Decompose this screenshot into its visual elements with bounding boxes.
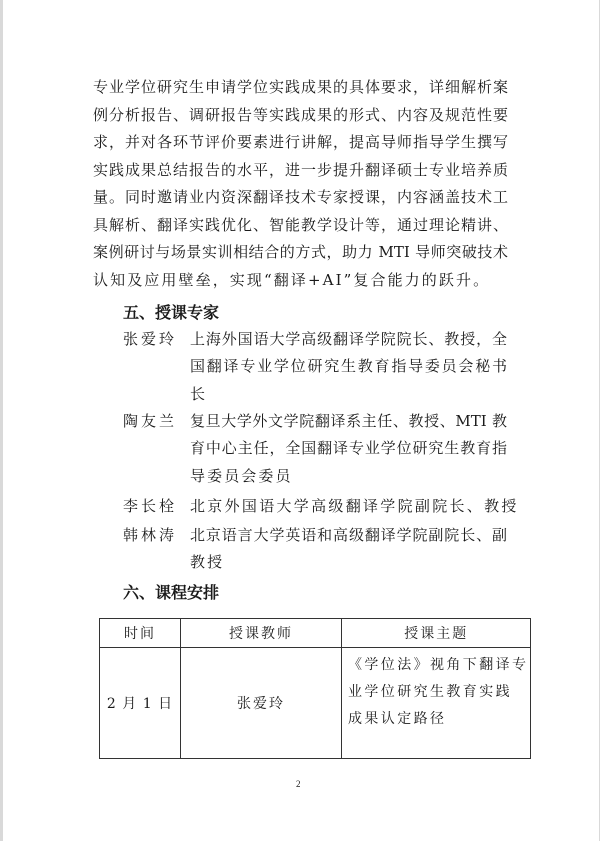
description-line: 上海外国语大学高级翻译学院院长、教授，全: [190, 326, 507, 353]
column-header-topic: 授课主题: [342, 619, 531, 648]
description-line: 育中心主任，全国翻译专业学位研究生教育指: [190, 435, 507, 462]
date-cell: 2 月 1 日: [100, 648, 181, 759]
description-line: 长: [190, 381, 507, 408]
expert-description: 北京外国语大学高级翻译学院副院长、教授: [190, 493, 507, 520]
expert-description: 复旦大学外文学院翻译系主任、教授、MTI 教 育中心主任，全国翻译专业学位研究生…: [190, 408, 507, 490]
schedule-table: 时间 授课教师 授课主题 2 月 1 日 张爱玲 《学位法》视角下翻译专 业学位…: [99, 618, 531, 759]
topic-line: 《学位法》视角下翻译专: [348, 652, 528, 679]
page-number: 2: [296, 779, 301, 789]
paragraph-line: 案例研讨与场景实训相结合的方式，助力 MTI 导师突破技术: [93, 239, 508, 267]
paragraph-line: 专业学位研究生申请学位实践成果的具体要求，详细解析案: [93, 74, 508, 102]
section-heading-schedule: 六、课程安排: [123, 583, 219, 603]
paragraph-line: 求，并对各环节评价要素进行讲解，提高导师指导学生撰写: [93, 129, 508, 157]
table-header-row: 时间 授课教师 授课主题: [100, 619, 531, 648]
expert-name: 李长栓: [123, 493, 177, 520]
expert-name: 韩林涛: [123, 522, 177, 549]
description-line: 北京语言大学英语和高级翻译学院副院长、副: [190, 522, 507, 549]
topic-line: 业学位研究生教育实践: [348, 679, 528, 706]
page-left-edge: [0, 0, 3, 841]
description-line: 北京外国语大学高级翻译学院副院长、教授: [190, 493, 507, 520]
expert-description: 北京语言大学英语和高级翻译学院副院长、副 教授: [190, 522, 507, 577]
paragraph-line: 具解析、翻译实践优化、智能教学设计等，通过理论精讲、: [93, 212, 508, 240]
paragraph-line: 认知及应用壁垒，实现“翻译+AI”复合能力的跃升。: [93, 267, 508, 295]
table-row: 2 月 1 日 张爱玲 《学位法》视角下翻译专 业学位研究生教育实践 成果认定路…: [100, 648, 531, 759]
description-line: 国翻译专业学位研究生教育指导委员会秘书: [190, 353, 507, 380]
description-line: 导委员会委员: [190, 463, 507, 490]
column-header-teacher: 授课教师: [181, 619, 342, 648]
expert-name: 陶友兰: [123, 408, 177, 435]
column-header-time: 时间: [100, 619, 181, 648]
description-line: 教授: [190, 549, 507, 576]
section-heading-experts: 五、授课专家: [123, 303, 219, 323]
paragraph-line: 例分析报告、调研报告等实践成果的形式、内容及规范性要: [93, 102, 508, 130]
teacher-cell: 张爱玲: [181, 648, 342, 759]
paragraph-line: 实践成果总结报告的水平，进一步提升翻译硕士专业培养质: [93, 157, 508, 185]
topic-cell: 《学位法》视角下翻译专 业学位研究生教育实践 成果认定路径: [342, 648, 531, 759]
expert-description: 上海外国语大学高级翻译学院院长、教授，全 国翻译专业学位研究生教育指导委员会秘书…: [190, 326, 507, 408]
description-line: 复旦大学外文学院翻译系主任、教授、MTI 教: [190, 408, 507, 435]
intro-paragraph: 专业学位研究生申请学位实践成果的具体要求，详细解析案 例分析报告、调研报告等实践…: [93, 74, 508, 294]
topic-line: 成果认定路径: [348, 706, 528, 733]
expert-name: 张爱玲: [123, 326, 177, 353]
paragraph-line: 量。同时邀请业内资深翻译技术专家授课，内容涵盖技术工: [93, 184, 508, 212]
